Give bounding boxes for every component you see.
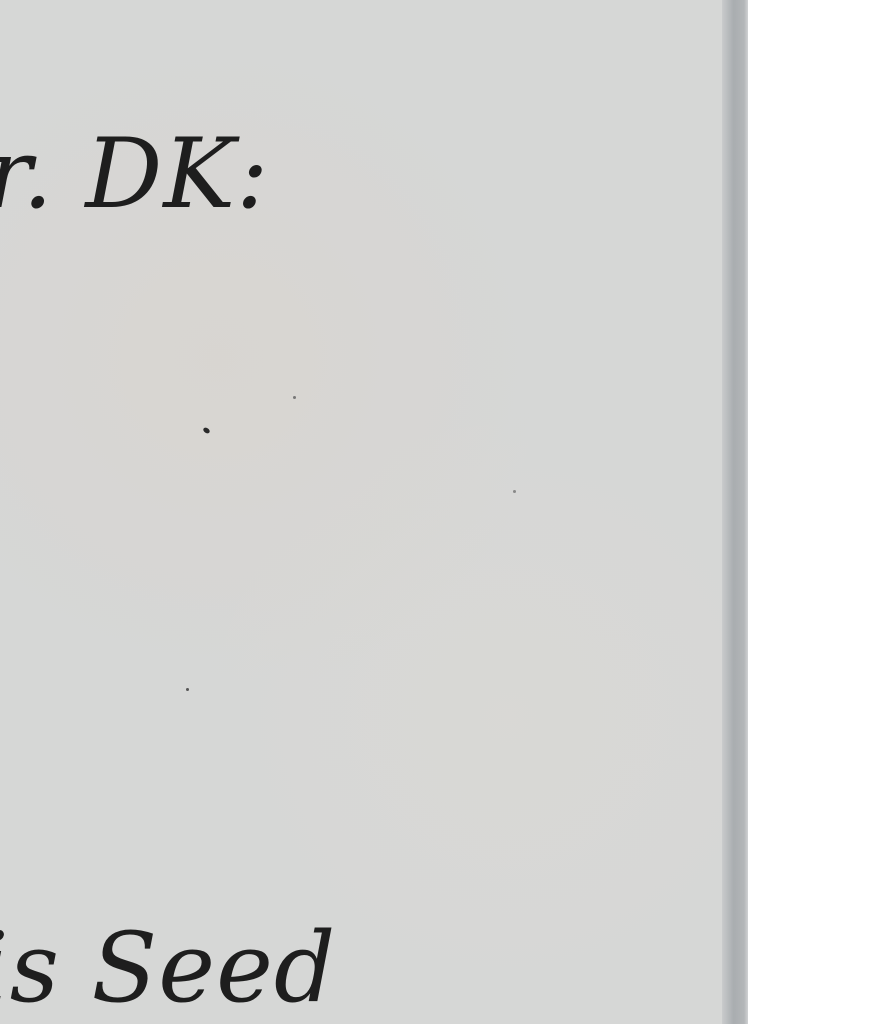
text-line-seed: is Seed	[0, 912, 336, 1024]
ink-speck	[202, 426, 211, 434]
ink-speck	[186, 688, 189, 691]
text-line-dk: r. DK:	[0, 118, 269, 230]
document-page: r. DK: is Seed	[0, 0, 726, 1024]
ink-speck	[513, 490, 516, 493]
ink-speck	[293, 396, 296, 399]
page-edge	[722, 0, 748, 1024]
